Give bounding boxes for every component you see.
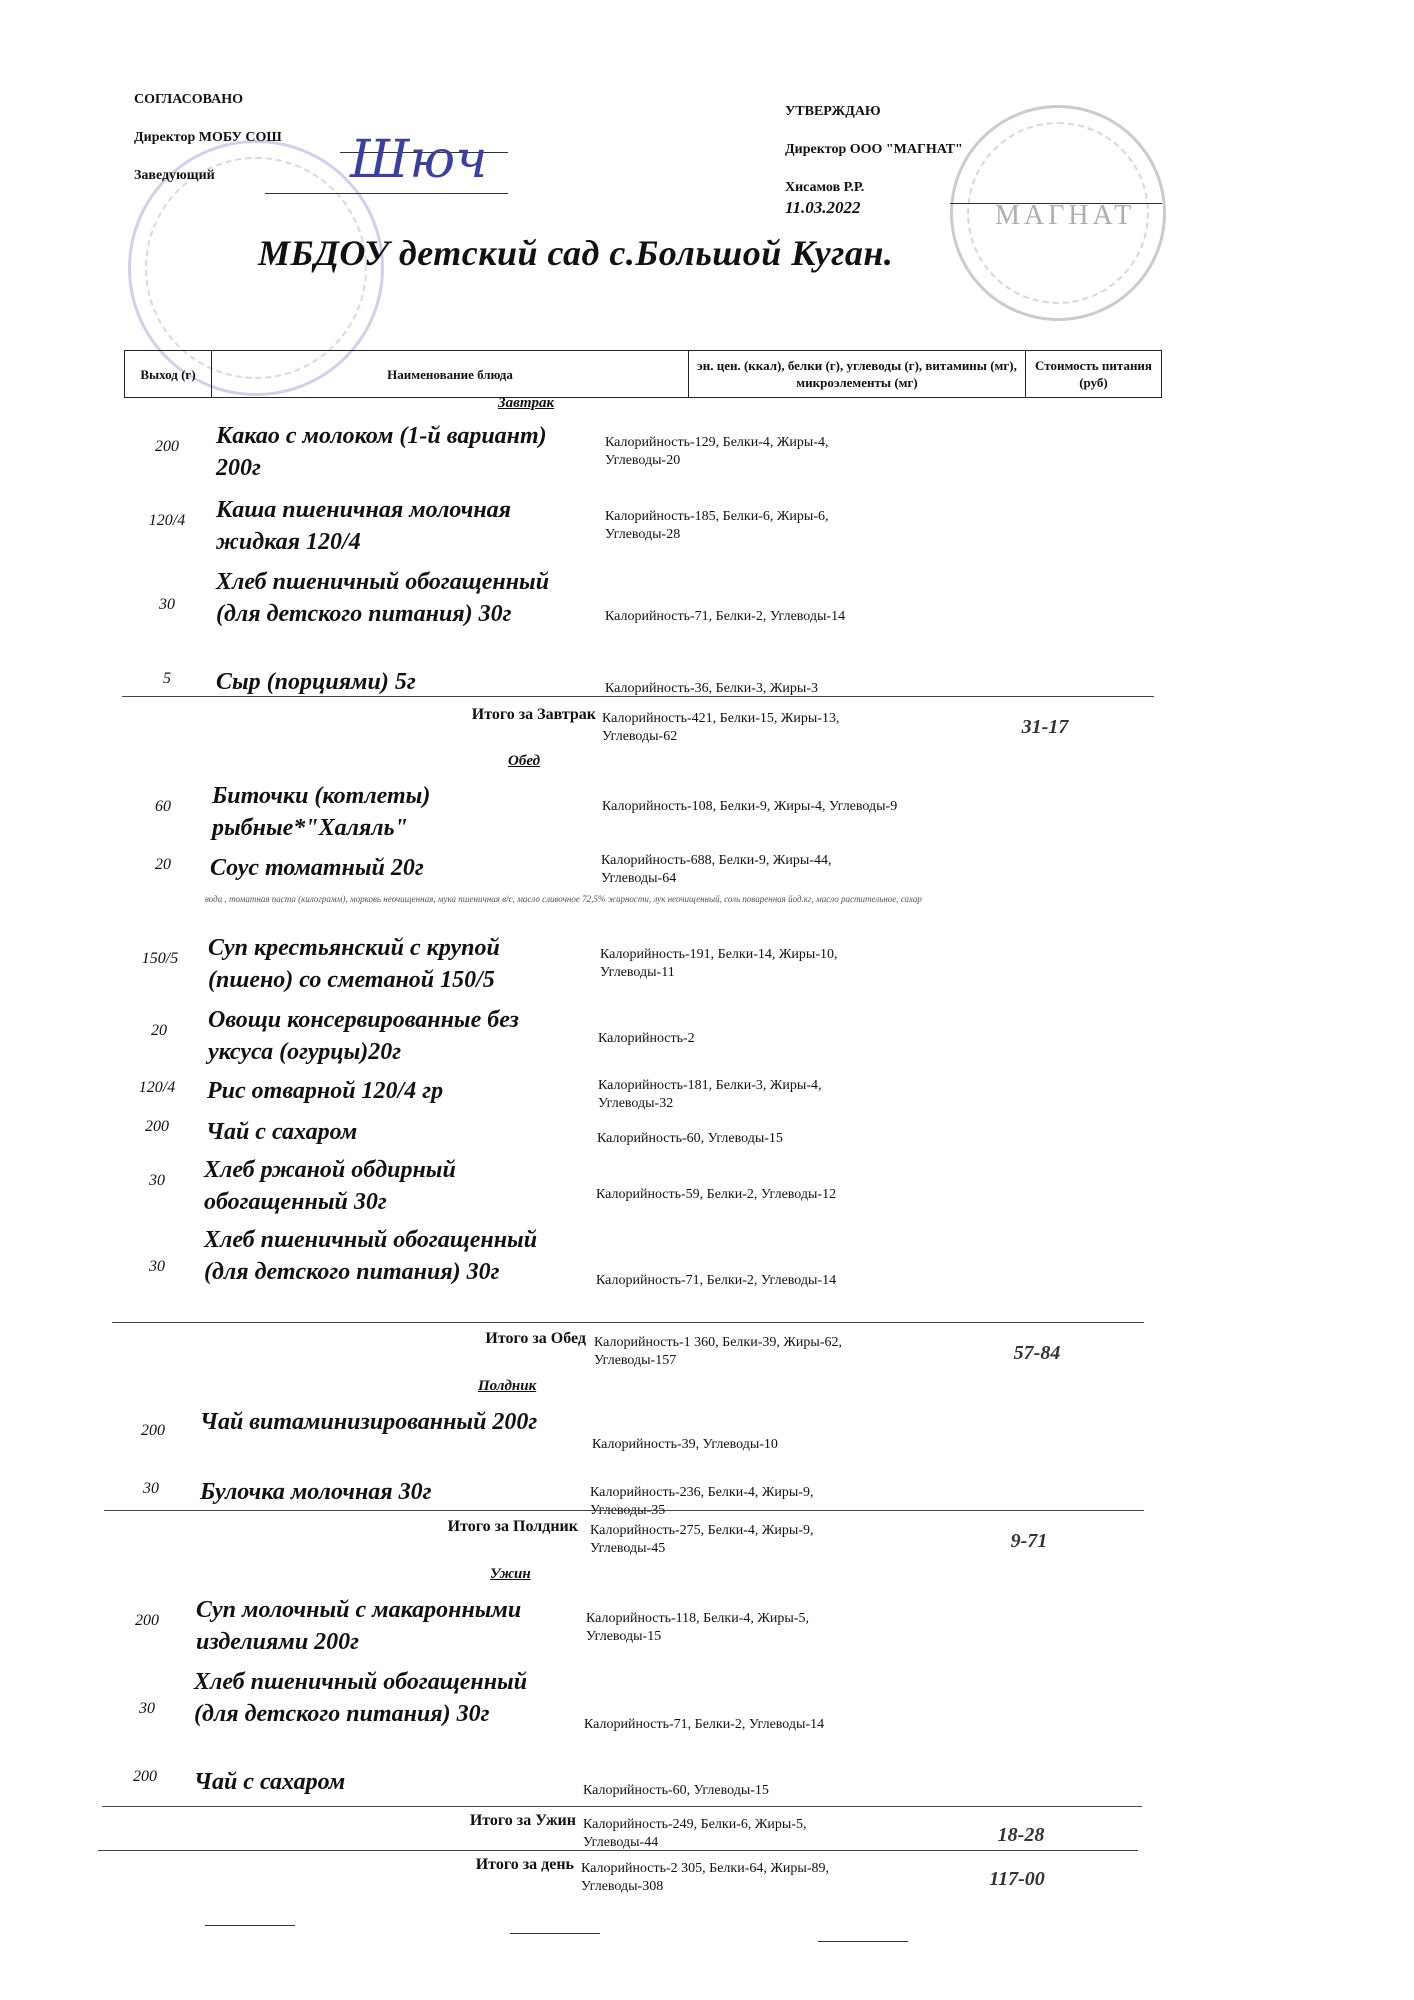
dish-yield: 200 (122, 1118, 192, 1136)
total-nutrition-snack: Калорийность-275, Белки-4, Жиры-9, Углев… (590, 1522, 890, 1558)
section-divider (102, 1806, 1142, 1807)
section-title-dinner: Ужин (490, 1566, 531, 1583)
total-nutrition-dinner: Калорийность-249, Белки-6, Жиры-5, Углев… (583, 1816, 883, 1852)
bottom-signature-line-1 (205, 1925, 295, 1926)
dish-yield: 120/4 (132, 512, 202, 530)
page-title: МБДОУ детский сад с.Большой Куган. (258, 232, 893, 274)
signature-line-head (265, 193, 508, 194)
dish-name: Овощи консервированные без уксуса (огурц… (208, 1004, 588, 1068)
total-label-snack: Итого за Полдник (280, 1518, 578, 1536)
dish-name: Хлеб пшеничный обогащенный (для детского… (216, 566, 596, 630)
dish-name: Суп крестьянский с крупой (пшено) со сме… (208, 932, 588, 996)
dish-nutrition: Калорийность-688, Белки-9, Жиры-44, Угле… (601, 852, 901, 888)
cost-snack: 9-71 (969, 1530, 1089, 1553)
total-label-breakfast: Итого за Завтрак (300, 706, 596, 724)
total-nutrition-lunch: Калорийность-1 360, Белки-39, Жиры-62, У… (594, 1334, 894, 1370)
dish-name: Рис отварной 120/4 гр (207, 1075, 587, 1107)
column-header-yield: Выход (г) (125, 351, 212, 397)
dish-name: Чай витаминизированный 200г (200, 1406, 580, 1438)
day-total-divider (98, 1850, 1138, 1851)
dish-yield: 200 (118, 1422, 188, 1440)
dish-nutrition: Калорийность-71, Белки-2, Углеводы-14 (596, 1272, 896, 1290)
cost-day: 117-00 (957, 1868, 1077, 1891)
dish-name: Чай с сахаром (194, 1766, 574, 1798)
dish-yield: 30 (122, 1172, 192, 1190)
dish-yield: 200 (110, 1768, 180, 1786)
total-label-dinner: Итого за Ужин (276, 1812, 576, 1830)
dish-nutrition: Калорийность-108, Белки-9, Жиры-4, Углев… (602, 798, 902, 816)
dish-yield: 5 (132, 670, 202, 688)
approval-left-head: Заведующий (134, 168, 215, 184)
dish-nutrition: Калорийность-2 (598, 1030, 898, 1048)
approval-left-director: Директор МОБУ СОШ (134, 130, 282, 146)
dish-nutrition: Калорийность-185, Белки-6, Жиры-6, Углев… (605, 508, 905, 544)
dish-yield: 200 (132, 438, 202, 456)
approval-right-director: Директор ООО "МАГНАТ" (785, 142, 963, 158)
dish-name: Чай с сахаром (206, 1116, 586, 1148)
dish-nutrition: Калорийность-71, Белки-2, Углеводы-14 (605, 608, 905, 626)
bottom-signature-line-3 (818, 1941, 908, 1942)
approval-date: 11.03.2022 (785, 198, 861, 218)
dish-nutrition: Калорийность-236, Белки-4, Жиры-9, Углев… (590, 1484, 890, 1520)
cost-breakfast: 31-17 (985, 716, 1105, 739)
dish-name: Хлеб ржаной обдирный обогащенный 30г (204, 1154, 584, 1218)
total-nutrition-breakfast: Калорийность-421, Белки-15, Жиры-13, Угл… (602, 710, 902, 746)
dish-name: Соус томатный 20г (210, 852, 590, 884)
dish-nutrition: Калорийность-191, Белки-14, Жиры-10, Угл… (600, 946, 900, 982)
approval-right-heading: УТВЕРЖДАЮ (785, 104, 881, 120)
total-label-lunch: Итого за Обед (290, 1330, 586, 1348)
dish-name: Хлеб пшеничный обогащенный (для детского… (194, 1666, 574, 1730)
section-divider (112, 1322, 1144, 1323)
total-nutrition-day: Калорийность-2 305, Белки-64, Жиры-89, У… (581, 1860, 881, 1896)
dish-yield: 60 (128, 798, 198, 816)
dish-name: Каша пшеничная молочная жидкая 120/4 (216, 494, 596, 558)
dish-nutrition: Калорийность-60, Углеводы-15 (597, 1130, 897, 1148)
dish-yield: 20 (128, 856, 198, 874)
dish-yield: 20 (124, 1022, 194, 1040)
dish-name: Какао с молоком (1-й вариант) 200г (216, 420, 596, 484)
section-title-breakfast: Завтрак (498, 395, 554, 412)
dish-nutrition: Калорийность-59, Белки-2, Углеводы-12 (596, 1186, 896, 1204)
dish-yield: 30 (116, 1480, 186, 1498)
column-header-nutrition: эн. цен. (ккал), белки (г), углеводы (г)… (689, 351, 1026, 397)
dish-name: Булочка молочная 30г (200, 1476, 580, 1508)
company-stamp-text: МАГНАТ (995, 200, 1135, 232)
dish-nutrition: Калорийность-71, Белки-2, Углеводы-14 (584, 1716, 884, 1734)
section-divider (122, 696, 1154, 697)
dish-name: Биточки (котлеты) рыбные*"Халяль" (212, 780, 592, 844)
dish-yield: 30 (132, 596, 202, 614)
dish-nutrition: Калорийность-181, Белки-3, Жиры-4, Углев… (598, 1077, 898, 1113)
column-header-cost: Стоимость питания (руб) (1026, 351, 1161, 397)
cost-dinner: 18-28 (961, 1824, 1081, 1847)
section-divider (104, 1510, 1144, 1511)
dish-nutrition: Калорийность-118, Белки-4, Жиры-5, Углев… (586, 1610, 886, 1646)
dish-nutrition: Калорийность-39, Углеводы-10 (592, 1436, 892, 1454)
dish-yield: 30 (112, 1700, 182, 1718)
table-header: Выход (г) Наименование блюда эн. цен. (к… (124, 350, 1162, 398)
dish-name: Сыр (порциями) 5г (216, 666, 596, 698)
dish-ingredients-note: вода , томатная паста (килограмм), морко… (205, 892, 965, 907)
dish-yield: 200 (112, 1612, 182, 1630)
approval-left-heading: СОГЛАСОВАНО (134, 92, 243, 108)
dish-nutrition: Калорийность-129, Белки-4, Жиры-4, Углев… (605, 434, 905, 470)
dish-yield: 30 (122, 1258, 192, 1276)
dish-name: Хлеб пшеничный обогащенный (для детского… (204, 1224, 584, 1288)
dish-nutrition: Калорийность-60, Углеводы-15 (583, 1782, 883, 1800)
handwritten-signature: Шюч (350, 130, 487, 190)
signature-line-right (950, 203, 1162, 204)
section-title-lunch: Обед (508, 753, 540, 770)
cost-lunch: 57-84 (977, 1342, 1097, 1365)
section-title-snack: Полдник (478, 1378, 536, 1395)
total-label-day: Итого за день (276, 1856, 574, 1874)
dish-name: Суп молочный с макаронными изделиями 200… (196, 1594, 576, 1658)
column-header-dish: Наименование блюда (212, 351, 689, 397)
dish-yield: 120/4 (122, 1079, 192, 1097)
bottom-signature-line-2 (510, 1933, 600, 1934)
approval-right-name: Хисамов Р.Р. (785, 180, 864, 196)
dish-yield: 150/5 (125, 950, 195, 968)
